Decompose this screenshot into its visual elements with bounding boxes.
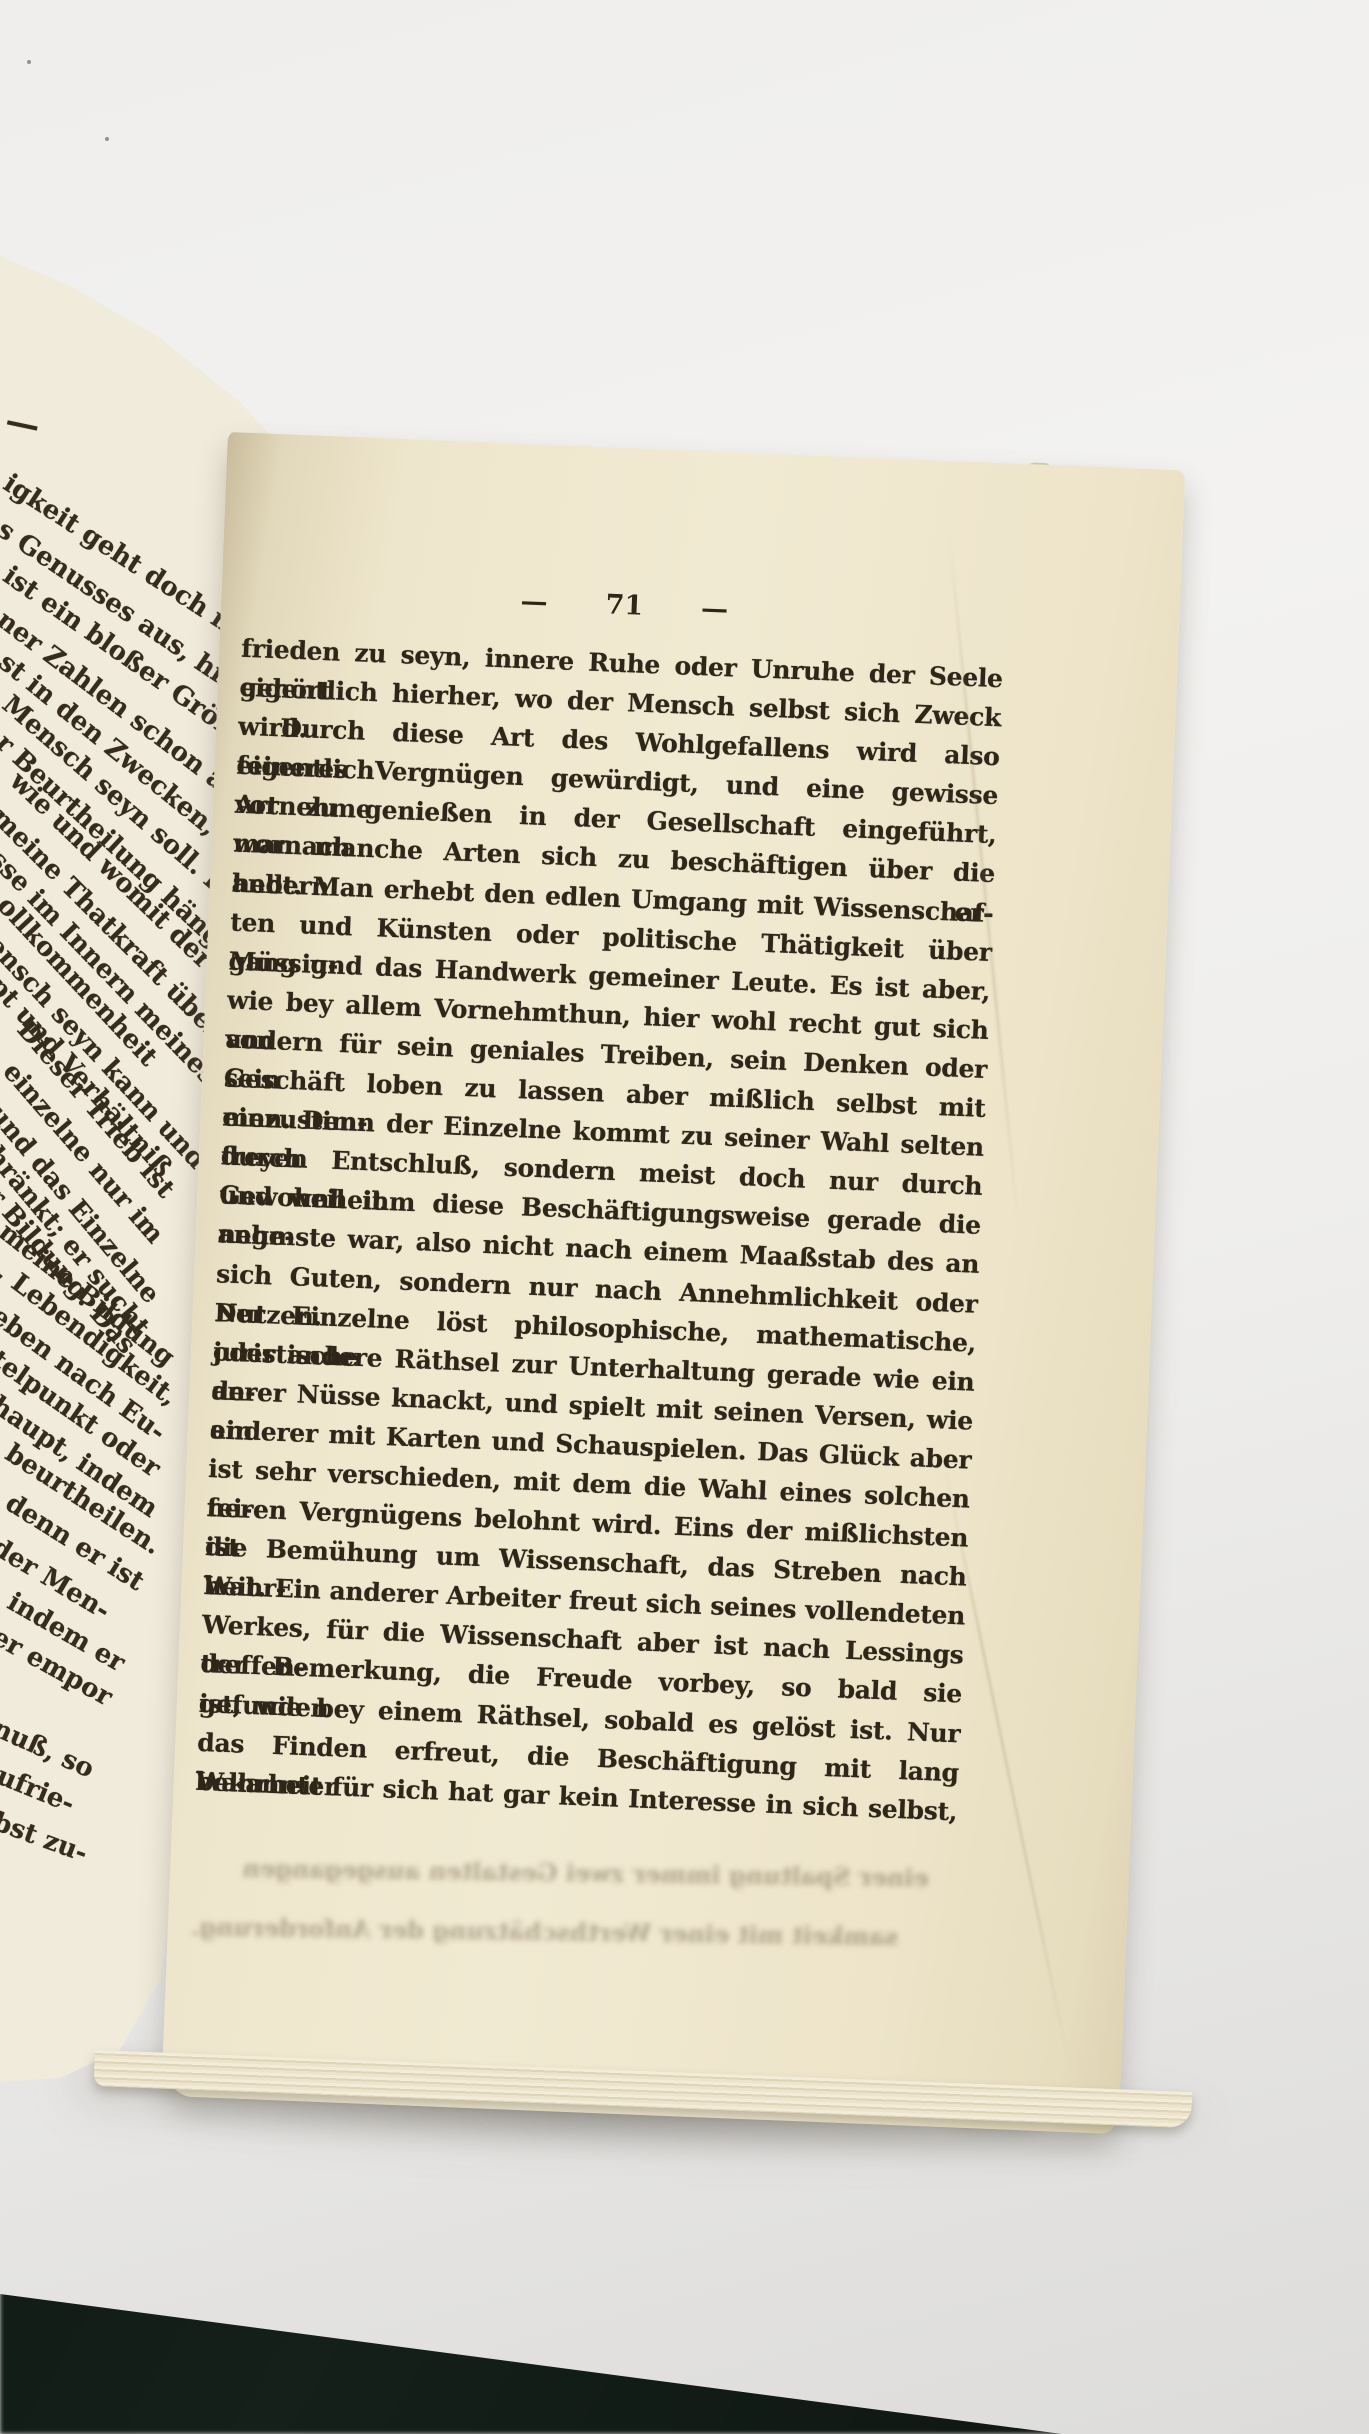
header-dash-left: — (520, 586, 548, 618)
header-dash-right: — (700, 593, 728, 625)
book-photo: — igkeit geht doch noch auf s Genusses a… (0, 0, 1369, 2434)
bleedthrough-line: samkeit mit einer Werthschätzung der Anf… (208, 1909, 898, 1955)
dust-speck (105, 137, 109, 141)
page-text-block: frieden zu seyn, innere Ruhe oder Unruhe… (195, 629, 1003, 1831)
page-header: — 71 — (243, 575, 1006, 637)
page-crease (942, 1460, 1071, 2068)
right-page: — 71 — frieden zu seyn, innere Ruhe oder… (161, 432, 1185, 2134)
bleedthrough-line: einer Spaltung immer zwei Gestalten ausg… (240, 1851, 930, 1897)
page-number: 71 (605, 589, 644, 621)
left-page-text-fragment: bst zu- (0, 1807, 92, 1869)
dust-speck (27, 60, 31, 64)
left-page-header-dash: — (2, 400, 44, 446)
